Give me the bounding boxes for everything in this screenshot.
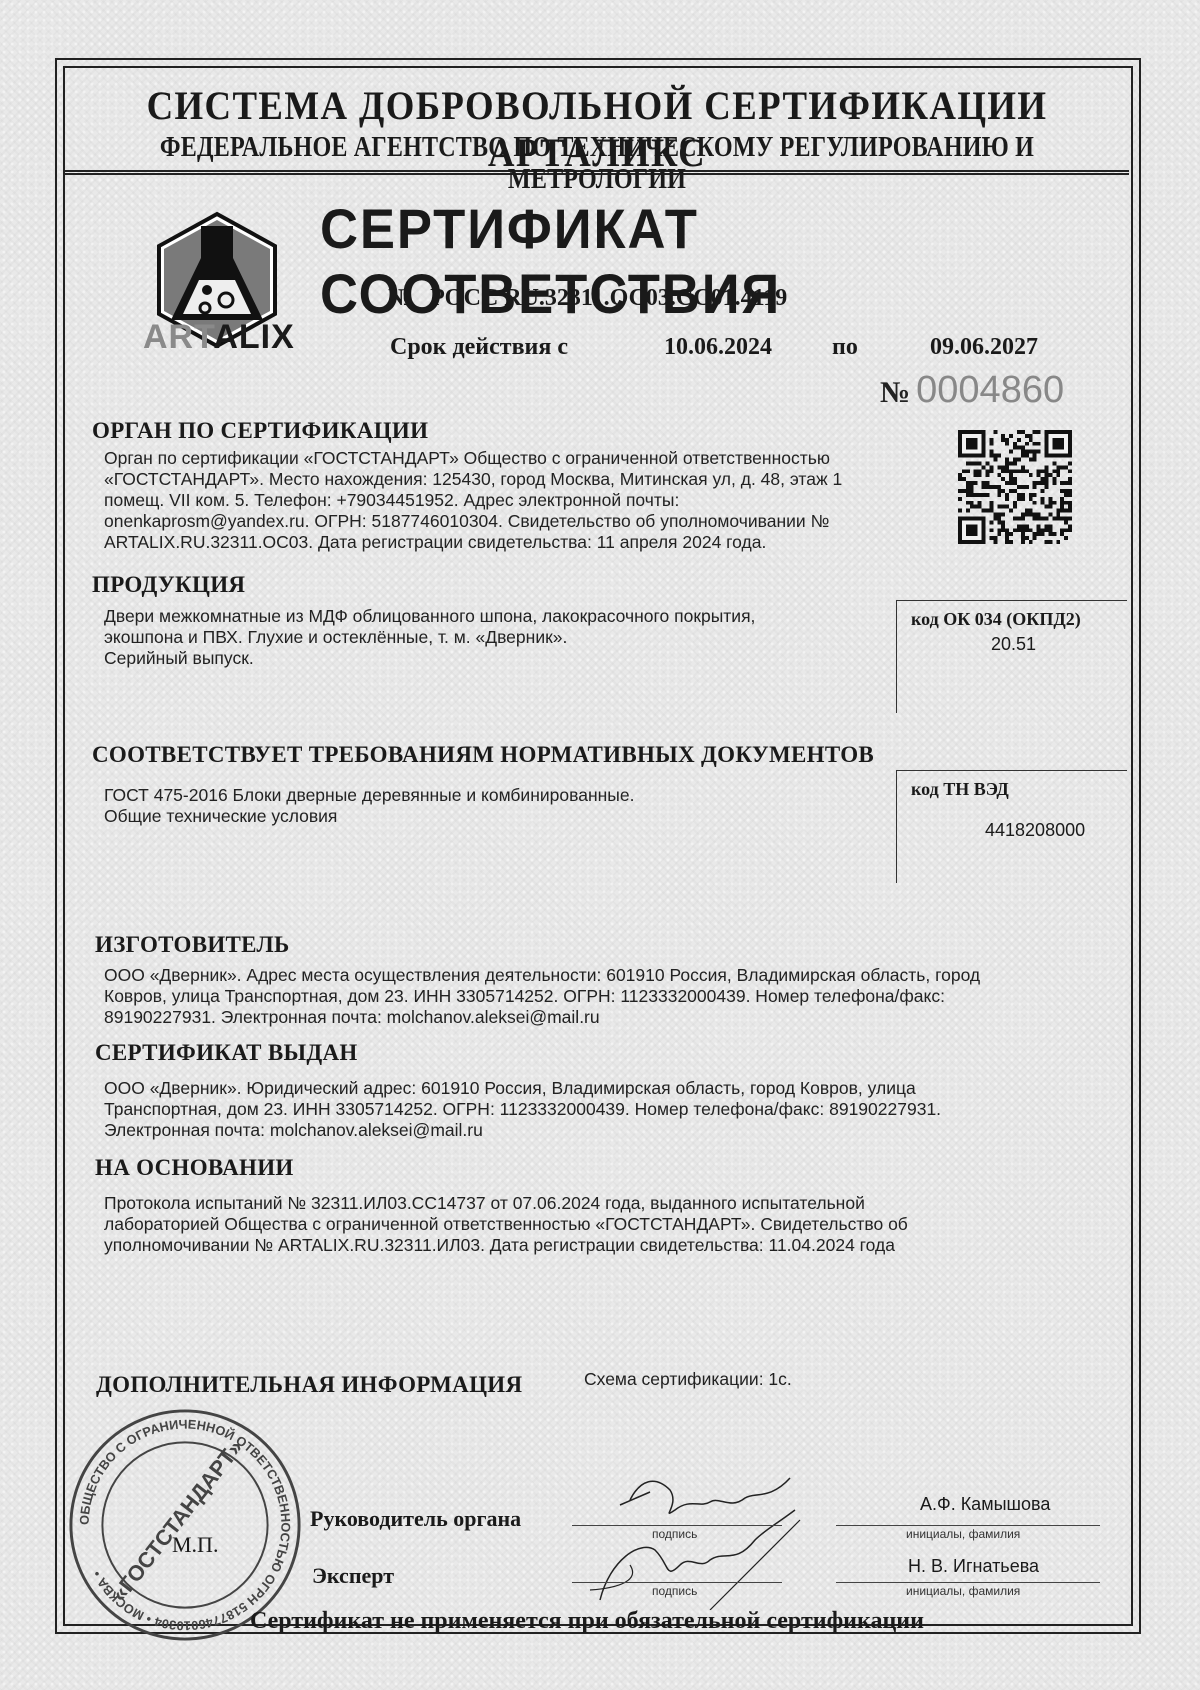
head-label: Руководитель органа (310, 1506, 521, 1532)
signature-scribble (560, 1470, 840, 1610)
qr-code-icon (958, 430, 1072, 544)
serial-number: №0004860 (880, 368, 1064, 412)
okpd2-code-box: код ОК 034 (ОКПД2) 20.51 (896, 600, 1127, 713)
basis-heading: НА ОСНОВАНИИ (95, 1155, 294, 1181)
expert-signature-line (572, 1582, 782, 1583)
basis-text: Протокола испытаний № 32311.ИЛ03.СС14737… (104, 1193, 1134, 1256)
validity-label: Срок действия с (390, 334, 568, 361)
product-text: Двери межкомнатные из МДФ облицованного … (104, 606, 884, 669)
additional-heading: ДОПОЛНИТЕЛЬНАЯ ИНФОРМАЦИЯ (96, 1372, 522, 1398)
head-name-line (836, 1525, 1100, 1526)
valid-to-label: по (832, 334, 858, 361)
svg-text:«ГОСТСТАНДАРТ»: «ГОСТСТАНДАРТ» (106, 1435, 247, 1606)
organ-text: Орган по сертификации «ГОСТСТАНДАРТ» Общ… (104, 448, 904, 553)
head-sign-caption: подпись (652, 1527, 697, 1541)
expert-name: Н. В. Игнатьева (908, 1556, 1039, 1577)
head-name: А.Ф. Камышова (920, 1494, 1050, 1515)
valid-to: 09.06.2027 (930, 334, 1038, 361)
product-heading: ПРОДУКЦИЯ (92, 572, 245, 598)
expert-name-caption: инициалы, фамилия (906, 1584, 1020, 1598)
tnved-code-box: код ТН ВЭД 4418208000 (896, 770, 1127, 883)
valid-from: 10.06.2024 (664, 334, 772, 361)
organ-heading: ОРГАН ПО СЕРТИФИКАЦИИ (92, 418, 428, 444)
tnved-value: 4418208000 (985, 820, 1127, 841)
head-signature-line (572, 1525, 782, 1526)
okpd2-value: 20.51 (991, 634, 1127, 655)
certificate-number: №РОСС RU.32311.ОС03.СС01.4119 (388, 285, 787, 312)
agency-title: ФЕДЕРАЛЬНОЕ АГЕНТСТВО ПО ТЕХНИЧЕСКОМУ РЕ… (139, 132, 1054, 196)
manufacturer-heading: ИЗГОТОВИТЕЛЬ (95, 932, 289, 958)
expert-name-line (836, 1582, 1100, 1583)
expert-label: Эксперт (312, 1563, 394, 1589)
manufacturer-text: ООО «Дверник». Адрес места осуществления… (104, 965, 1134, 1028)
footer-note: Сертификат не применяется при обязательн… (250, 1608, 924, 1635)
issued-to-heading: СЕРТИФИКАТ ВЫДАН (95, 1040, 358, 1066)
tnved-label: код ТН ВЭД (911, 779, 1127, 800)
stamp-place-mark: М.П. (172, 1532, 218, 1558)
issued-to-text: ООО «Дверник». Юридический адрес: 601910… (104, 1078, 1134, 1141)
conformity-heading: СООТВЕТСТВУЕТ ТРЕБОВАНИЯМ НОРМАТИВНЫХ ДО… (92, 742, 874, 768)
expert-sign-caption: подпись (652, 1584, 697, 1598)
okpd2-label: код ОК 034 (ОКПД2) (911, 609, 1127, 630)
additional-text: Схема сертификации: 1с. (584, 1369, 792, 1390)
logo-wordmark: ARTALIX (143, 318, 295, 357)
head-name-caption: инициалы, фамилия (906, 1527, 1020, 1541)
conformity-text: ГОСТ 475-2016 Блоки дверные деревянные и… (104, 785, 884, 827)
